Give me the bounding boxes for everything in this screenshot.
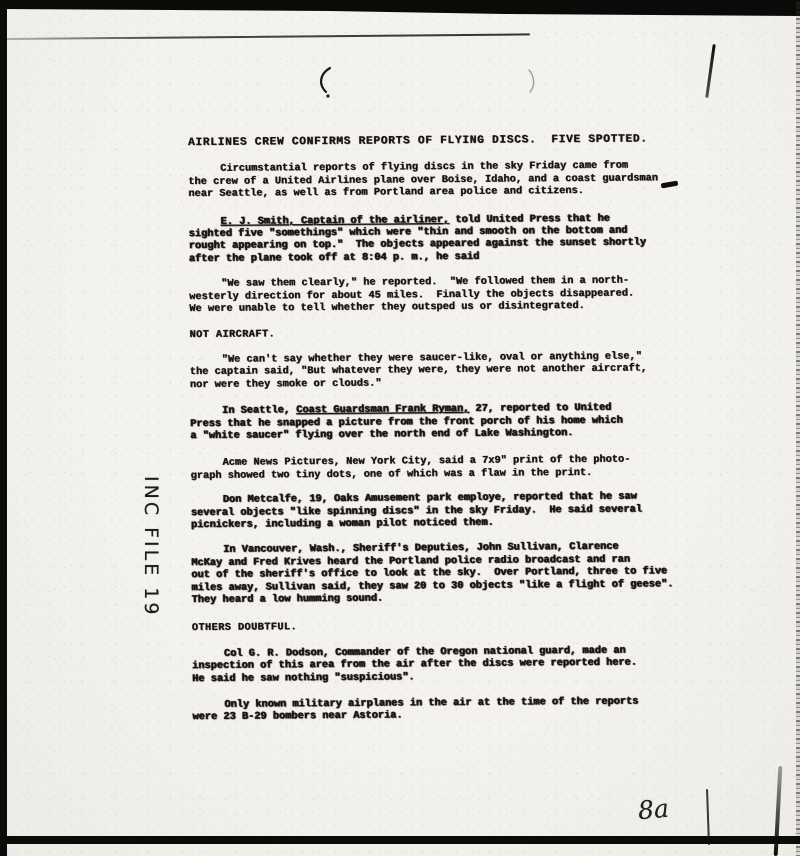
paragraph-acme: Acme News Pictures, New York City, said … [191,453,715,482]
scanned-document-page: INC FILE 19 8a AIRLINES CREW CONFIRMS RE… [0,0,800,856]
paragraph-military: Only known military airplanes in the air… [192,695,716,724]
margin-note-handwritten: INC FILE 19 [140,476,162,617]
paragraph-dodson: Col G. R. Dodson, Commander of the Orego… [192,644,716,685]
section-heading-not-aircraft: NOT AIRCRAFT. [190,325,714,342]
bottom-scan-border [0,836,800,844]
paragraph-circumstantial: Circumstantial reports of flying discs i… [188,159,712,200]
paragraph-vancouver: In Vancouver, Wash., Sheriff's Deputies,… [191,540,715,606]
paragraph-metcalfe: Don Metcalfe, 19, Oaks Amusement park em… [191,490,715,531]
section-heading-others-doubtful: OTHERS DOUBTFUL. [192,618,716,635]
ink-squiggle-mark [314,66,336,98]
left-scan-border [0,0,7,856]
page-number-handwritten: 8a [637,794,670,826]
scan-line-artifact [6,33,530,40]
seattle-paragraph-intro: In Seattle, [222,404,296,417]
paragraph-cant-say: "We can't say whether they were saucer-l… [190,350,714,391]
pen-stroke-top-right [705,44,715,98]
article-title: AIRLINES CREW CONFIRMS REPORTS OF FLYING… [188,133,712,150]
paragraph-smith: E. J. Smith, Captain of the airliner, to… [189,212,713,266]
ink-paren-mark [526,68,538,94]
right-scan-edge [796,0,800,856]
paragraph-saw-clearly: "We saw them clearly," he reported. "We … [189,274,713,315]
paragraph-seattle: In Seattle, Coast Guardsman Frank Ryman,… [190,401,714,442]
ryman-underlined-name: Coast Guardsman Frank Ryman, [296,403,469,416]
top-scan-border [0,0,800,16]
typewritten-text-column: AIRLINES CREW CONFIRMS REPORTS OF FLYING… [188,133,717,724]
